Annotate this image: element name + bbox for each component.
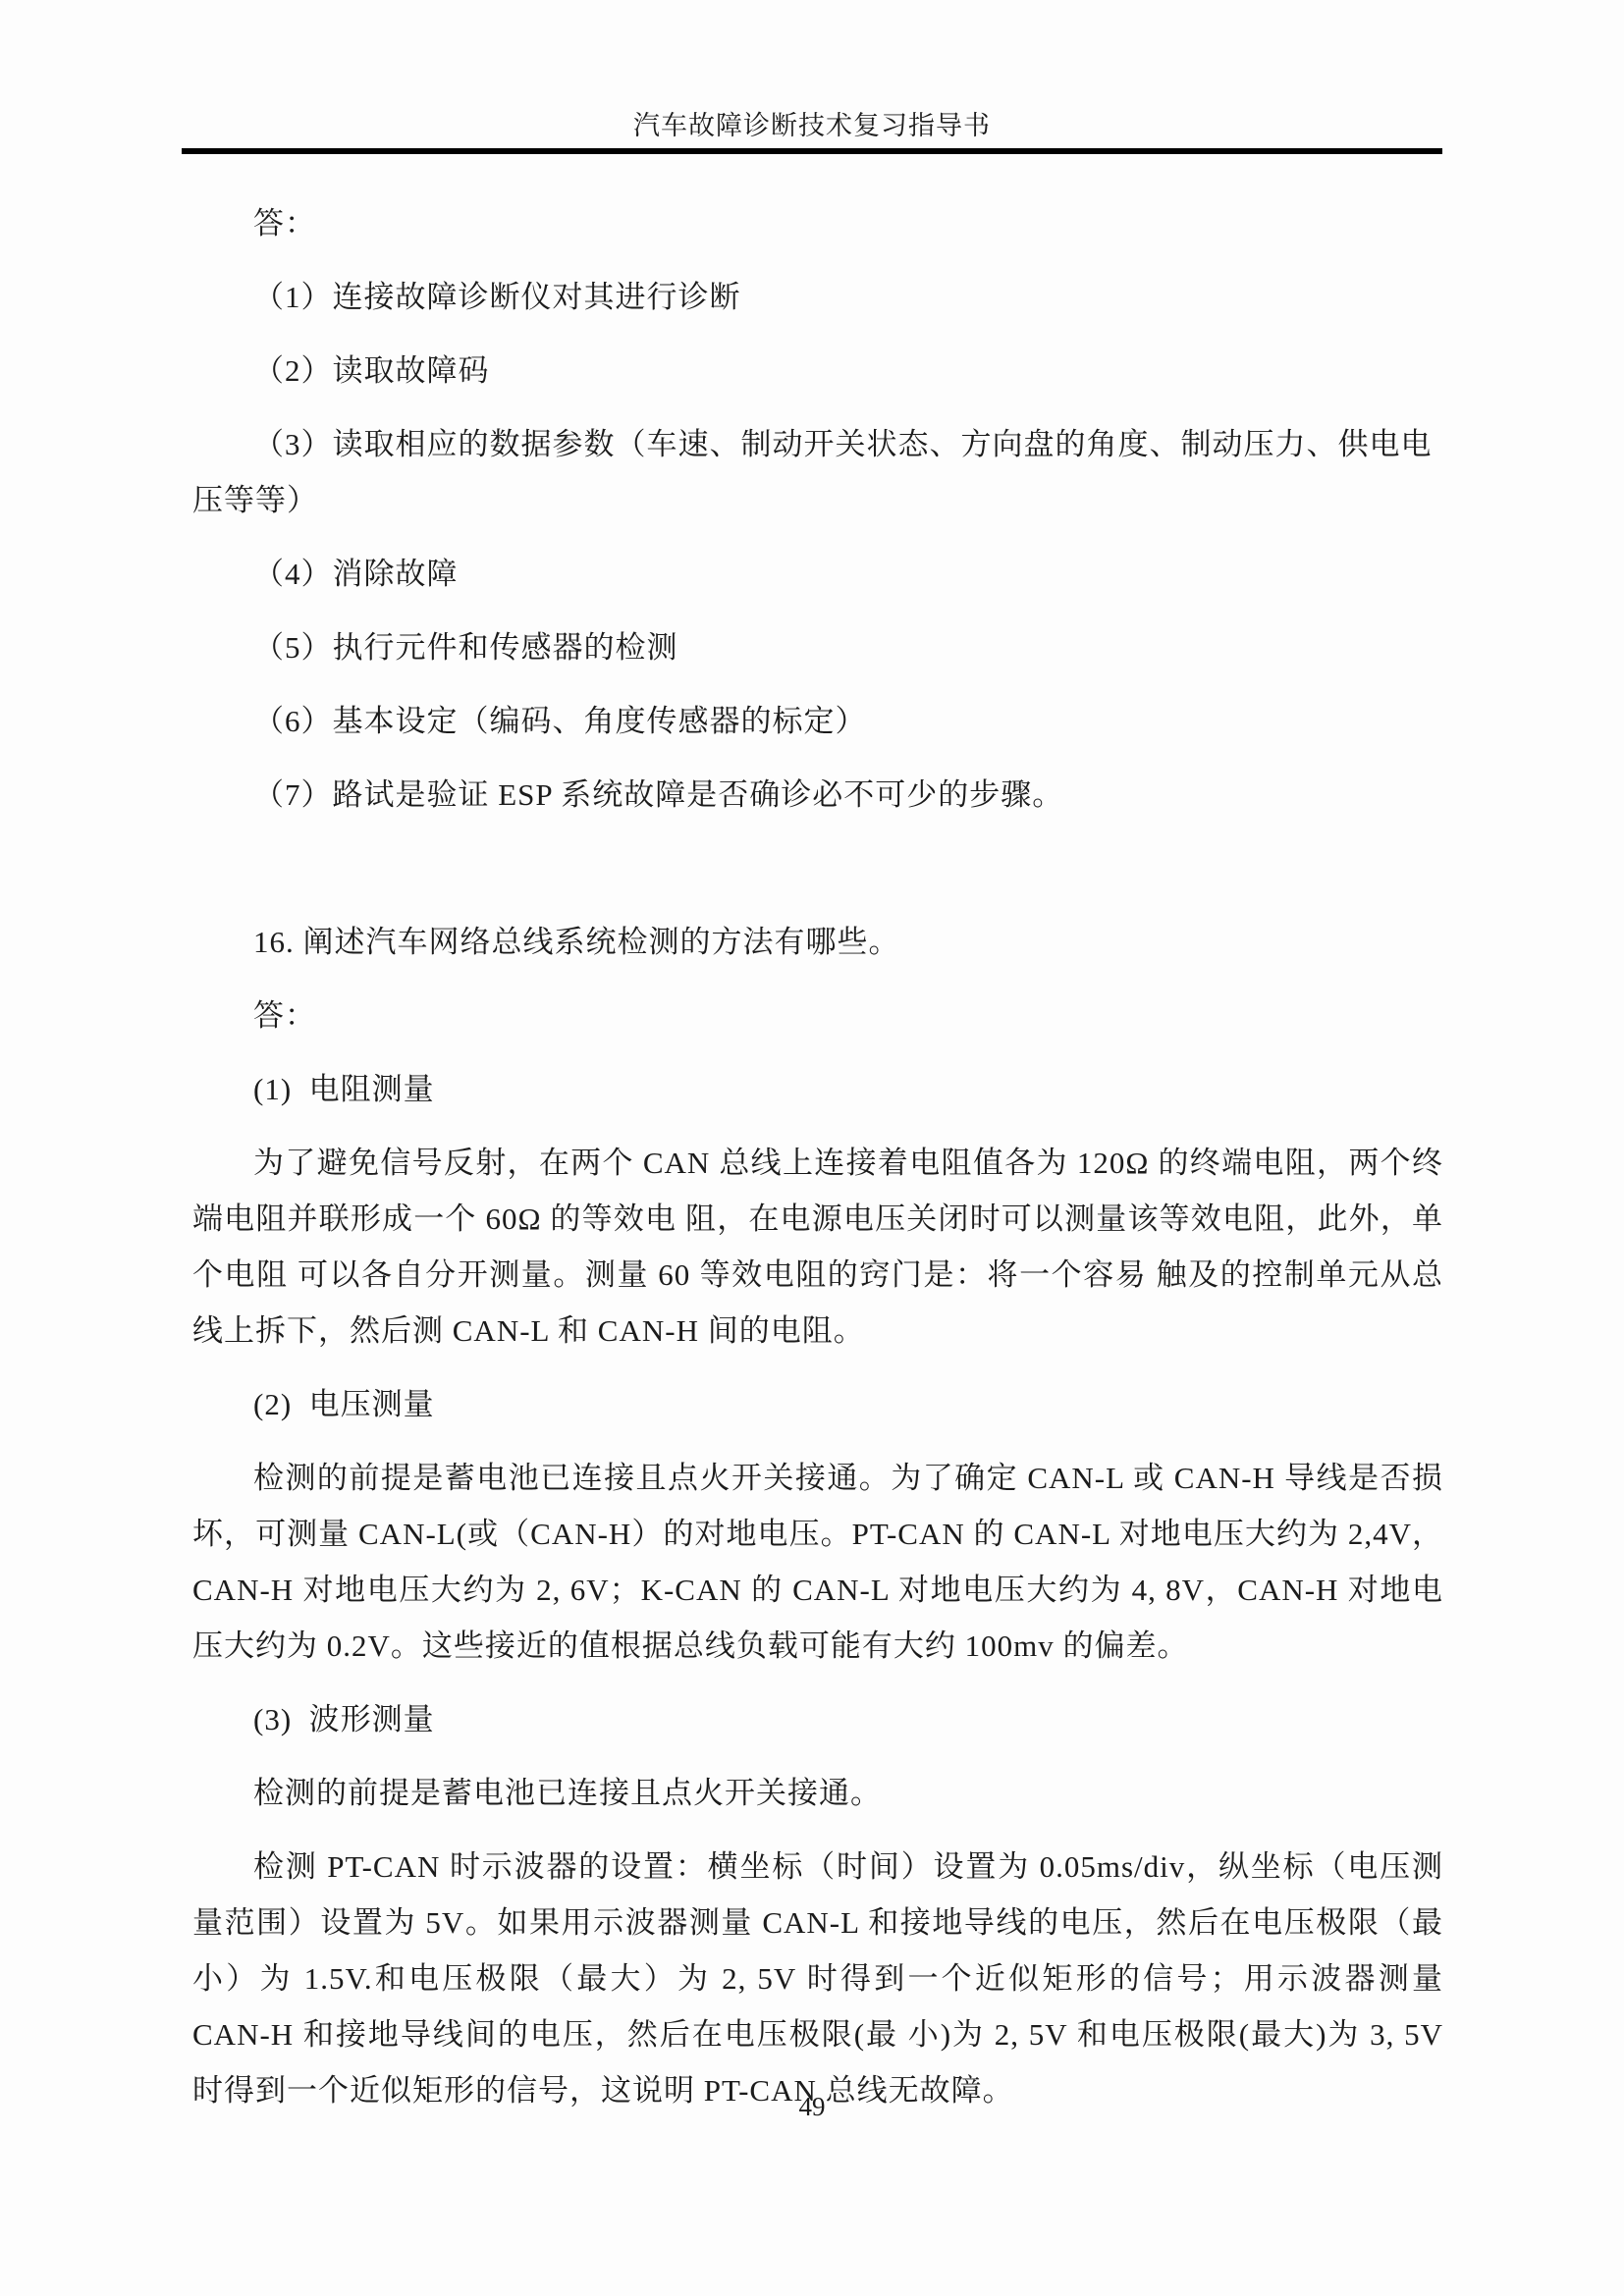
document-body: 答： （1）连接故障诊断仪对其进行诊断 （2）读取故障码 （3）读取相应的数据参… bbox=[192, 154, 1443, 2118]
q15-step-7: （7）路试是验证 ESP 系统故障是否确诊必不可少的步骤。 bbox=[192, 767, 1443, 823]
method-3-intro: 检测的前提是蓄电池已连接且点火开关接通。 bbox=[192, 1765, 1443, 1821]
method-1-paragraph: 为了避免信号反射，在两个 CAN 总线上连接着电阻值各为 120Ω 的终端电阻，… bbox=[192, 1135, 1443, 1359]
method-1-heading: (1) 电阻测量 bbox=[192, 1061, 1443, 1117]
q15-step-4: （4）消除故障 bbox=[192, 546, 1443, 602]
document-page: 汽车故障诊断技术复习指导书 答： （1）连接故障诊断仪对其进行诊断 （2）读取故… bbox=[0, 0, 1624, 2296]
section-gap bbox=[192, 840, 1443, 914]
q15-step-5: （5）执行元件和传感器的检测 bbox=[192, 619, 1443, 675]
page-header-title: 汽车故障诊断技术复习指导书 bbox=[0, 0, 1624, 141]
answer-label-q15: 答： bbox=[192, 195, 1443, 251]
page-number: 49 bbox=[0, 2091, 1624, 2122]
q15-step-3: （3）读取相应的数据参数（车速、制动开关状态、方向盘的角度、制动压力、供电电压等… bbox=[192, 416, 1443, 528]
q15-step-2: （2）读取故障码 bbox=[192, 343, 1443, 399]
q15-step-6: （6）基本设定（编码、角度传感器的标定） bbox=[192, 693, 1443, 749]
method-2-paragraph: 检测的前提是蓄电池已连接且点火开关接通。为了确定 CAN-L 或 CAN-H 导… bbox=[192, 1450, 1443, 1674]
q15-step-1: （1）连接故障诊断仪对其进行诊断 bbox=[192, 269, 1443, 325]
answer-label-q16: 答： bbox=[192, 988, 1443, 1043]
method-2-heading: (2) 电压测量 bbox=[192, 1376, 1443, 1432]
method-3-heading: (3) 波形测量 bbox=[192, 1691, 1443, 1747]
question-16: 16. 阐述汽车网络总线系统检测的方法有哪些。 bbox=[192, 914, 1443, 970]
method-3-paragraph: 检测 PT-CAN 时示波器的设置：横坐标（时间）设置为 0.05ms/div，… bbox=[192, 1839, 1443, 2118]
